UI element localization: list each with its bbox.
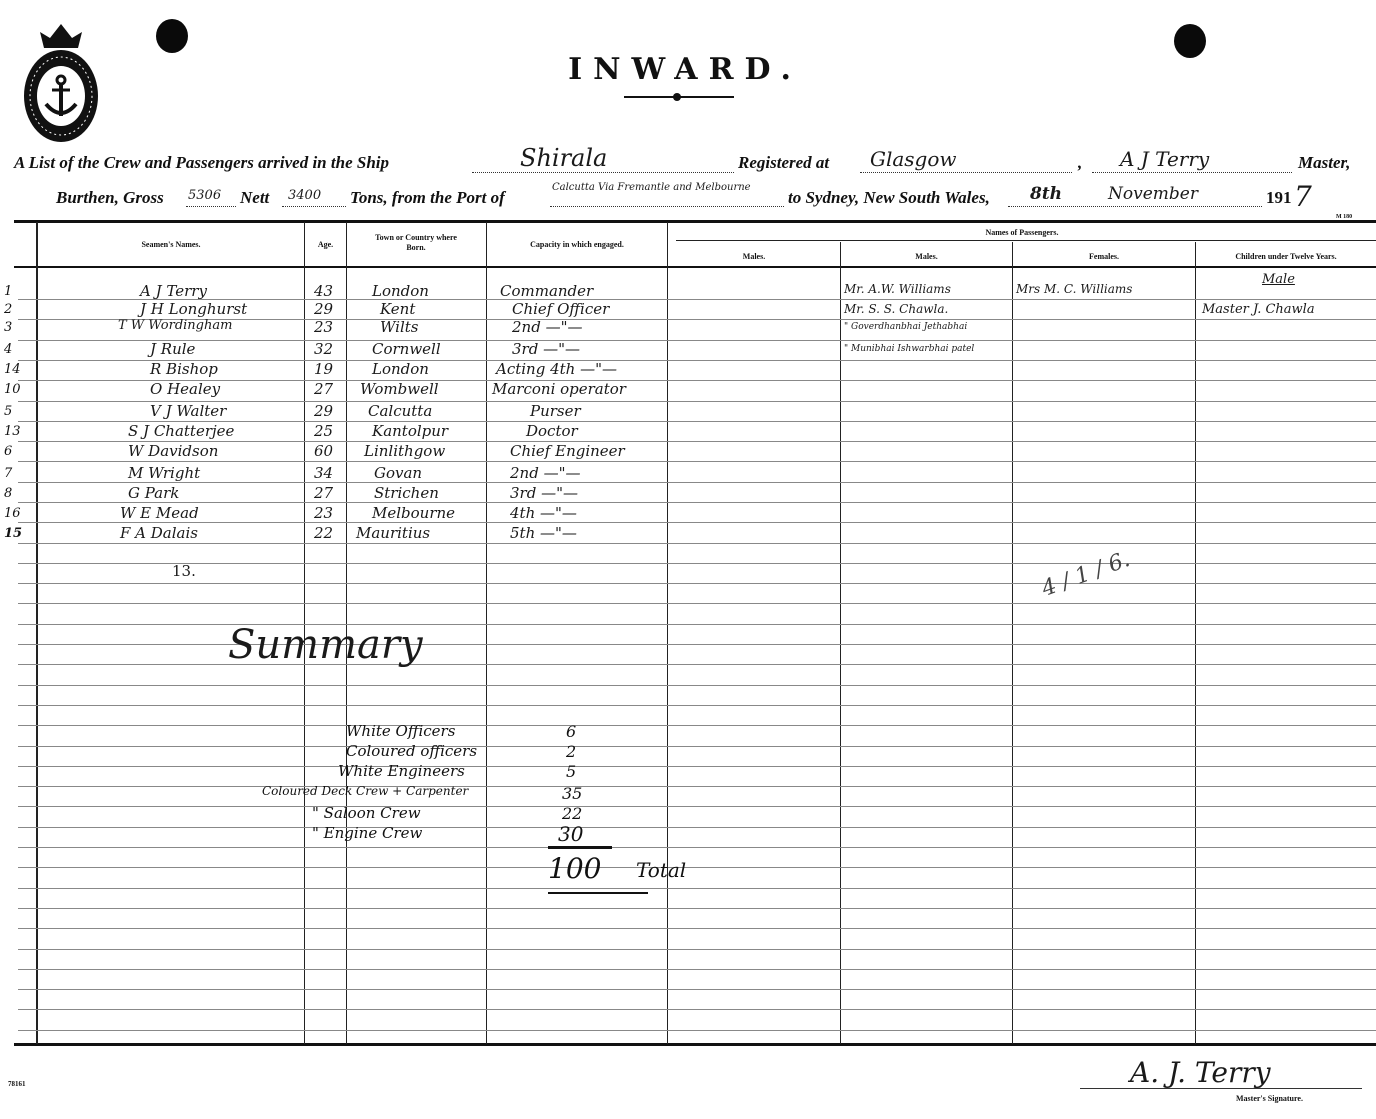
ruled-line bbox=[18, 461, 1376, 462]
ruled-line bbox=[18, 603, 1376, 604]
col-header-age: Age. bbox=[305, 240, 346, 249]
ruled-line bbox=[18, 624, 1376, 625]
col-divider-children bbox=[1195, 242, 1196, 1044]
seaman-age[interactable]: 34 bbox=[314, 464, 333, 482]
ruled-line bbox=[18, 664, 1376, 665]
passengers-subheader-rule bbox=[676, 240, 1376, 241]
col-header-town-born: Town or Country where Born. bbox=[370, 233, 462, 253]
ruled-line bbox=[18, 969, 1376, 970]
port-of-origin-rule bbox=[550, 206, 784, 207]
master-name-rule bbox=[1092, 172, 1292, 173]
ruled-line bbox=[18, 441, 1376, 442]
punch-hole-left bbox=[156, 19, 188, 53]
seaman-born[interactable]: Kantolpur bbox=[372, 422, 448, 440]
margin-note: 4 / 1 / 6. bbox=[1038, 547, 1133, 602]
seaman-capacity[interactable]: Doctor bbox=[526, 422, 578, 440]
table-header-bottom-border bbox=[14, 266, 1376, 268]
ruled-line bbox=[18, 888, 1376, 889]
seaman-capacity[interactable]: 5th —"— bbox=[510, 524, 577, 542]
ruled-line bbox=[18, 908, 1376, 909]
summary-label: " Saloon Crew bbox=[312, 804, 421, 822]
seaman-age[interactable]: 23 bbox=[314, 318, 333, 336]
nett-tons-field[interactable]: 3400 bbox=[288, 188, 321, 203]
passenger-child[interactable]: Master J. Chawla bbox=[1202, 302, 1315, 317]
seaman-age[interactable]: 29 bbox=[314, 402, 333, 420]
port-of-origin-field[interactable]: Calcutta Via Fremantle and Melbourne bbox=[552, 182, 782, 193]
seaman-age[interactable]: 22 bbox=[314, 524, 333, 542]
row-number: 5 bbox=[4, 404, 32, 419]
master-label: Master, bbox=[1298, 153, 1350, 173]
summary-label: White Officers bbox=[346, 722, 455, 740]
crew-count: 13. bbox=[172, 562, 196, 580]
row-number: 8 bbox=[4, 486, 32, 501]
summary-total-label: Total bbox=[636, 858, 686, 882]
seaman-born[interactable]: Calcutta bbox=[368, 402, 432, 420]
col-divider-passengers bbox=[667, 222, 668, 1044]
seaman-name[interactable]: F A Dalais bbox=[120, 524, 198, 542]
form-number: 78161 bbox=[8, 1080, 26, 1088]
col-header-seaman-names: Seamen's Names. bbox=[38, 240, 304, 249]
page-title: INWARD. bbox=[540, 52, 830, 87]
ruled-line bbox=[18, 1030, 1376, 1031]
summary-value: 2 bbox=[566, 742, 576, 761]
passenger-male[interactable]: " Munibhai Ishwarbhai patel bbox=[844, 344, 974, 354]
burthen-gross-label: Burthen, Gross bbox=[56, 188, 164, 208]
seaman-born[interactable]: Govan bbox=[374, 464, 422, 482]
children-male-heading: Male bbox=[1262, 272, 1295, 287]
seaman-born[interactable]: Linlithgow bbox=[364, 442, 445, 460]
ruled-line bbox=[18, 725, 1376, 726]
seaman-age[interactable]: 23 bbox=[314, 504, 333, 522]
master-name-field[interactable]: A J Terry bbox=[1120, 147, 1209, 171]
punch-hole-right bbox=[1174, 24, 1206, 58]
ruled-line bbox=[18, 482, 1376, 483]
seaman-name[interactable]: V J Walter bbox=[150, 402, 226, 420]
row-number: 7 bbox=[4, 466, 32, 481]
tons-from-port-label: Tons, from the Port of bbox=[350, 188, 505, 208]
seaman-born[interactable]: Kent bbox=[380, 300, 415, 318]
gross-tons-field[interactable]: 5306 bbox=[188, 188, 221, 203]
ruled-line bbox=[18, 340, 1376, 341]
seaman-capacity[interactable]: Marconi operator bbox=[492, 380, 626, 398]
passenger-male[interactable]: Mr. S. S. Chawla. bbox=[844, 302, 948, 316]
seaman-capacity[interactable]: 3rd —"— bbox=[512, 340, 580, 358]
col-header-passengers: Names of Passengers. bbox=[668, 228, 1376, 237]
seaman-born[interactable]: Mauritius bbox=[356, 524, 430, 542]
summary-total-rule bbox=[548, 892, 648, 894]
ruled-line bbox=[18, 786, 1376, 787]
ruled-line bbox=[18, 543, 1376, 544]
col-header-capacity: Capacity in which engaged. bbox=[487, 240, 667, 249]
anchor-crown-badge-icon bbox=[22, 18, 100, 142]
summary-value: 5 bbox=[566, 762, 576, 781]
seaman-capacity[interactable]: 3rd —"— bbox=[510, 484, 578, 502]
seaman-capacity[interactable]: Acting 4th —"— bbox=[496, 360, 617, 378]
col-header-females: Females. bbox=[1013, 252, 1195, 261]
seaman-name[interactable]: J H Longhurst bbox=[140, 300, 247, 318]
ruled-line bbox=[18, 380, 1376, 381]
date-day-field[interactable]: 8th bbox=[1030, 184, 1062, 204]
seaman-born[interactable]: London bbox=[372, 360, 429, 378]
seaman-capacity[interactable]: Purser bbox=[530, 402, 581, 420]
seaman-capacity[interactable]: 4th —"— bbox=[510, 504, 577, 522]
passenger-male[interactable]: Mr. A.W. Williams bbox=[844, 282, 951, 296]
seaman-name[interactable]: T W Wordingham bbox=[118, 318, 232, 333]
row-number: 6 bbox=[4, 444, 32, 459]
date-rule bbox=[1008, 206, 1262, 207]
master-signature-label: Master's Signature. bbox=[1236, 1094, 1303, 1103]
row-number: 16 bbox=[4, 506, 32, 521]
nett-tons-rule bbox=[282, 206, 346, 207]
seaman-name[interactable]: S J Chatterjee bbox=[128, 422, 234, 440]
passenger-male[interactable]: " Goverdhanbhai Jethabhai bbox=[844, 322, 967, 332]
seaman-name[interactable]: W Davidson bbox=[128, 442, 218, 460]
ruled-line bbox=[18, 867, 1376, 868]
table-bottom-border bbox=[14, 1043, 1376, 1046]
row-number: 1 bbox=[4, 284, 32, 299]
registered-at-rule bbox=[860, 172, 1072, 173]
summary-value: 30 bbox=[558, 822, 583, 846]
seaman-name[interactable]: R Bishop bbox=[150, 360, 218, 378]
ruled-line bbox=[18, 360, 1376, 361]
seaman-name[interactable]: W E Mead bbox=[120, 504, 199, 522]
seaman-capacity[interactable]: 2nd —"— bbox=[512, 318, 582, 336]
nett-label: Nett bbox=[240, 188, 269, 208]
ruled-line bbox=[18, 806, 1376, 807]
ruled-line bbox=[18, 502, 1376, 503]
row-number: 2 bbox=[4, 302, 32, 317]
seaman-age[interactable]: 60 bbox=[314, 442, 333, 460]
seaman-age[interactable]: 43 bbox=[314, 282, 333, 300]
seaman-age[interactable]: 29 bbox=[314, 300, 333, 318]
seaman-age[interactable]: 32 bbox=[314, 340, 333, 358]
seaman-name[interactable]: M Wright bbox=[128, 464, 200, 482]
seaman-name[interactable]: G Park bbox=[128, 484, 179, 502]
registered-at-field[interactable]: Glasgow bbox=[870, 147, 957, 171]
title-ornament-dot bbox=[673, 93, 681, 101]
ruled-line bbox=[18, 705, 1376, 706]
ruled-line bbox=[18, 949, 1376, 950]
ship-name-field[interactable]: Shirala bbox=[520, 144, 607, 172]
seaman-age[interactable]: 25 bbox=[314, 422, 333, 440]
seaman-age[interactable]: 27 bbox=[314, 380, 333, 398]
summary-subtotal-rule bbox=[548, 846, 612, 849]
seaman-name[interactable]: J Rule bbox=[150, 340, 195, 358]
ruled-line bbox=[18, 928, 1376, 929]
col-header-males-1: Males. bbox=[668, 252, 840, 261]
col-header-males-2: Males. bbox=[841, 252, 1012, 261]
seaman-born[interactable]: London bbox=[372, 282, 429, 300]
date-month-field[interactable]: November bbox=[1108, 184, 1198, 204]
summary-value: 22 bbox=[562, 804, 582, 823]
seaman-born[interactable]: Cornwell bbox=[372, 340, 441, 358]
row-number: 14 bbox=[4, 362, 32, 377]
year-prefix: 191 bbox=[1266, 188, 1292, 208]
col-divider-males2 bbox=[840, 242, 841, 1044]
col-divider-capacity bbox=[486, 222, 487, 1044]
summary-label: Coloured Deck Crew + Carpenter bbox=[262, 784, 468, 798]
seaman-capacity[interactable]: 2nd —"— bbox=[510, 464, 580, 482]
ruled-line bbox=[18, 766, 1376, 767]
seaman-capacity[interactable]: Chief Officer bbox=[512, 300, 609, 318]
ruled-line bbox=[18, 685, 1376, 686]
ship-name-rule bbox=[472, 172, 734, 173]
destination-label: to Sydney, New South Wales, bbox=[788, 188, 990, 208]
comma-separator: , bbox=[1078, 153, 1082, 173]
seaman-name[interactable]: A J Terry bbox=[140, 282, 207, 300]
master-signature: A. J. Terry bbox=[1130, 1056, 1271, 1089]
summary-label: Coloured officers bbox=[346, 742, 477, 760]
ruled-line bbox=[18, 989, 1376, 990]
row-number: 13 bbox=[4, 424, 32, 439]
col-divider-rownum bbox=[36, 222, 38, 1044]
passenger-female[interactable]: Mrs M. C. Williams bbox=[1016, 282, 1132, 296]
header-line1-prefix: A List of the Crew and Passengers arrive… bbox=[14, 153, 389, 173]
summary-value: 6 bbox=[566, 722, 576, 741]
col-header-children: Children under Twelve Years. bbox=[1196, 252, 1376, 261]
seaman-capacity[interactable]: Commander bbox=[500, 282, 593, 300]
seaman-born[interactable]: Wilts bbox=[380, 318, 418, 336]
row-number: 3 bbox=[4, 320, 32, 335]
seaman-born[interactable]: Wombwell bbox=[360, 380, 439, 398]
registered-at-label: Registered at bbox=[738, 153, 829, 173]
ruled-line bbox=[18, 563, 1376, 564]
seaman-name[interactable]: O Healey bbox=[150, 380, 220, 398]
row-number: 10 bbox=[4, 382, 32, 397]
ruled-line bbox=[18, 827, 1376, 828]
row-number: 4 bbox=[4, 342, 32, 357]
summary-heading: Summary bbox=[228, 622, 423, 668]
seaman-age[interactable]: 27 bbox=[314, 484, 333, 502]
ruled-line bbox=[18, 746, 1376, 747]
row-number: 15 bbox=[4, 526, 32, 541]
ruled-line bbox=[18, 644, 1376, 645]
summary-label: White Engineers bbox=[338, 762, 465, 780]
ruled-line bbox=[18, 522, 1376, 523]
summary-label: " Engine Crew bbox=[312, 824, 422, 842]
table-top-border bbox=[14, 220, 1376, 223]
seaman-age[interactable]: 19 bbox=[314, 360, 333, 378]
ruled-line bbox=[18, 583, 1376, 584]
ruled-line bbox=[18, 1009, 1376, 1010]
ruled-line bbox=[18, 847, 1376, 848]
summary-total-value: 100 bbox=[548, 852, 601, 885]
year-suffix-field[interactable]: 7 bbox=[1294, 180, 1312, 213]
seaman-born[interactable]: Strichen bbox=[374, 484, 439, 502]
seaman-capacity[interactable]: Chief Engineer bbox=[510, 442, 625, 460]
summary-value: 35 bbox=[562, 784, 582, 803]
gross-tons-rule bbox=[186, 206, 236, 207]
seaman-born[interactable]: Melbourne bbox=[372, 504, 455, 522]
col-divider-females bbox=[1012, 242, 1013, 1044]
